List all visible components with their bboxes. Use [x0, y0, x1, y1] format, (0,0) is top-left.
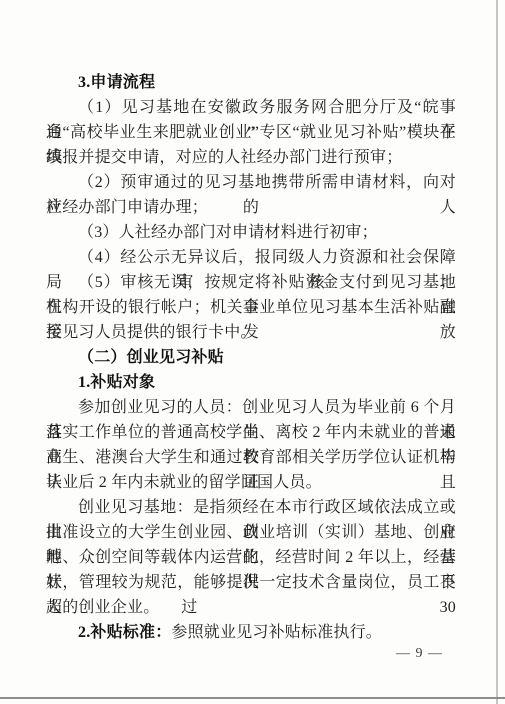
text-run: 社经办部门申请办理；	[46, 199, 208, 216]
section-heading: 3.申请流程	[46, 70, 456, 95]
text-line: （5）审核无误，按规定将补贴资金支付到见习基地在金融	[46, 270, 456, 295]
text-line: （4）经公示无异议后，报同级人力资源和社会保障局审核；	[46, 245, 456, 270]
text-run: 填报并提交申请，对应的人社经办部门进行预审；	[46, 149, 402, 166]
text-run: （二）创业见习补贴	[78, 349, 224, 366]
page-number: — 9 —	[396, 645, 443, 663]
text-line: 地、众创空间等载体内运营的，经营时间 2 年以上，经营状况良	[46, 545, 456, 570]
text-line: 好，管理较为规范，能够提供一定技术含量岗位，员工不超过 30	[46, 570, 456, 595]
document-body: 3.申请流程（1）见习基地在安徽政务服务网合肥分厅及“皖事通”平台“高校毕业生来…	[46, 70, 456, 645]
text-line: 创业见习基地：是指须经在本市行政区域依法成立或由政府	[46, 495, 456, 520]
text-run: 参照就业见习补贴标准执行。	[171, 624, 382, 641]
text-line: 填报并提交申请，对应的人社经办部门进行预审；	[46, 145, 456, 170]
text-line: 批准设立的大学生创业园、创业培训（实训）基地、创业孵化基	[46, 520, 456, 545]
text-line: （2）预审通过的见习基地携带所需申请材料，向对应的人	[46, 170, 456, 195]
text-run: 至见习人员提供的银行卡中。	[46, 324, 257, 341]
section-heading: （二）创业见习补贴	[46, 345, 456, 370]
text-line: 业生、港澳台大学生和通过教育部相关学历学位认证机构认证且	[46, 445, 456, 470]
text-line: 落实工作单位的普通高校学生、离校 2 年内未就业的普通高校毕	[46, 420, 456, 445]
text-line: 台“高校毕业生来肥就业创业”专区“就业见习补贴”模块在线	[46, 120, 456, 145]
text-run: 2.补贴标准：	[78, 624, 171, 641]
page-edge-bottom	[0, 697, 505, 699]
text-run: 1.补贴对象	[78, 374, 155, 391]
section-heading: 1.补贴对象	[46, 370, 456, 395]
document-page: 3.申请流程（1）见习基地在安徽政务服务网合肥分厅及“皖事通”平台“高校毕业生来…	[0, 0, 505, 704]
text-line: （1）见习基地在安徽政务服务网合肥分厅及“皖事通”平	[46, 95, 456, 120]
page-edge-right	[496, 0, 498, 704]
text-run: （3）人社经办部门对申请材料进行初审；	[78, 224, 378, 241]
text-run: 人的创业企业。	[46, 599, 159, 616]
text-line: 机构开设的银行帐户；机关事业单位见习基本生活补贴直接发放	[46, 295, 456, 320]
text-line: （3）人社经办部门对申请材料进行初审；	[46, 220, 456, 245]
text-line: 2.补贴标准：参照就业见习补贴标准执行。	[46, 620, 456, 645]
text-run: 毕业后 2 年内未就业的留学回国人员。	[46, 474, 322, 491]
text-run: 3.申请流程	[78, 74, 155, 91]
text-line: 参加创业见习的人员：创业见习人员为毕业前 6 个月且尚未	[46, 395, 456, 420]
